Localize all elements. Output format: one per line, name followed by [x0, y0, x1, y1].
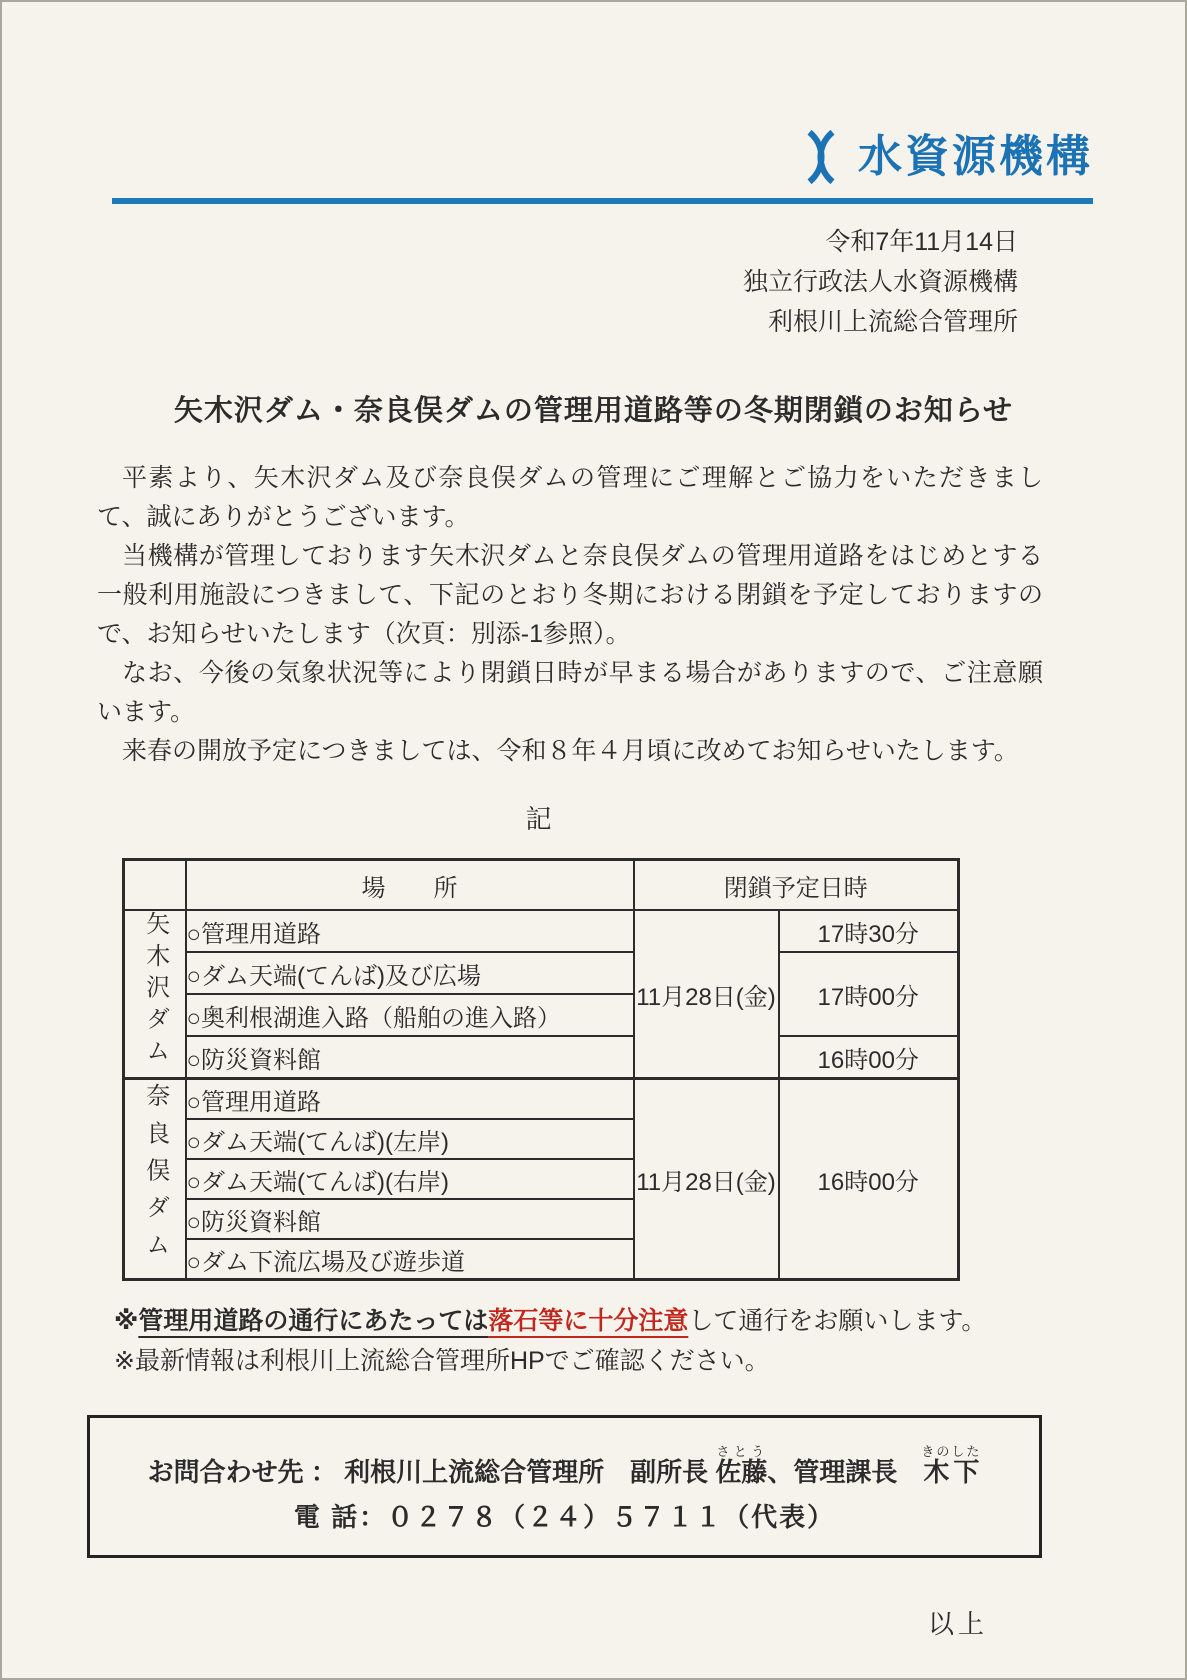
contact-box: お問合わせ先 ： 利根川上流総合管理所 副所長 佐藤さとう、管理課長 木下きのし…	[87, 1415, 1042, 1558]
issuing-office: 利根川上流総合管理所	[2, 302, 1018, 342]
place-cell: ○ダム天端(てんば)(左岸)	[186, 1119, 634, 1159]
closing-mark: 以上	[2, 1604, 988, 1641]
closure-time-naramata: 16時00分	[779, 1079, 959, 1280]
place-cell: ○ダム天端(てんば)(右岸)	[186, 1159, 634, 1199]
note-rockfall-warning: ※管理用道路の通行にあたっては落石等に十分注意して通行をお願いします。	[114, 1301, 1095, 1341]
contact-line: お問合わせ先 ： 利根川上流総合管理所 副所長 佐藤さとう、管理課長 木下きのし…	[100, 1444, 1029, 1490]
closure-time-crest-lake: 17時00分	[779, 952, 959, 1036]
place-cell: ○ダム天端(てんば)及び広場	[186, 952, 634, 994]
record-mark: 記	[122, 799, 957, 836]
place-cell: ○防災資料館	[186, 1199, 634, 1239]
header-divider-line	[112, 198, 1093, 204]
water-agency-logo-icon	[798, 128, 844, 186]
agency-name: 水資源機構	[858, 135, 1093, 179]
place-cell: ○管理用道路	[186, 1079, 634, 1120]
dam-name-naramata: 奈良俣ダム	[124, 1079, 186, 1280]
footnotes: ※管理用道路の通行にあたっては落石等に十分注意して通行をお願いします。 ※最新情…	[114, 1301, 1095, 1381]
dam-name-yagisawa: 矢木沢ダム	[124, 910, 186, 1079]
contact-phone: 電 話：０２７８（２４）５７１１（代表）	[100, 1500, 1029, 1535]
section-chief-name: 木下きのした	[923, 1457, 981, 1487]
table-row: 矢木沢ダム ○管理用道路 11月28日(金) 17時30分	[124, 910, 959, 952]
paragraph-weather-caution: なお、今後の気象状況等により閉鎖日時が早まる場合がありますので、ご注意願います。	[97, 654, 1043, 732]
place-cell: ○管理用道路	[186, 910, 634, 952]
paragraph-closure-plan: 当機構が管理しております矢木沢ダムと奈良俣ダムの管理用道路をはじめとする一般利用…	[97, 537, 1043, 654]
table-row: 奈良俣ダム ○管理用道路 11月28日(金) 16時00分	[124, 1079, 959, 1120]
closure-time-road: 17時30分	[779, 910, 959, 952]
header-dam-blank	[124, 860, 186, 911]
agency-logo: 水資源機構	[2, 128, 1093, 186]
table-row: ○ダム天端(てんば)及び広場 17時00分	[124, 952, 959, 994]
issue-date: 令和7年11月14日	[2, 222, 1018, 262]
table-row: ○防災資料館 16時00分	[124, 1036, 959, 1079]
paragraph-reopen-notice: 来春の開放予定につきましては、令和８年４月頃に改めてお知らせいたします。	[97, 732, 1043, 771]
issuing-organization: 独立行政法人水資源機構	[2, 262, 1018, 302]
header-closure-datetime: 閉鎖予定日時	[634, 860, 959, 911]
header-place: 場 所	[186, 860, 634, 911]
document-title: 矢木沢ダム・奈良俣ダムの管理用道路等の冬期閉鎖のお知らせ	[2, 388, 1185, 429]
closure-time-museum: 16時00分	[779, 1036, 959, 1079]
table-header-row: 場 所 閉鎖予定日時	[124, 860, 959, 911]
sender-block: 令和7年11月14日 独立行政法人水資源機構 利根川上流総合管理所	[2, 222, 1018, 342]
deputy-director-name: 佐藤さとう	[715, 1457, 767, 1487]
closure-date-yagisawa: 11月28日(金)	[634, 910, 779, 1079]
note-latest-info: ※最新情報は利根川上流総合管理所HPでご確認ください。	[114, 1341, 1095, 1381]
note-underlined-text: 管理用道路の通行にあたっては	[138, 1307, 488, 1335]
scanned-notice-page: 水資源機構 令和7年11月14日 独立行政法人水資源機構 利根川上流総合管理所 …	[0, 0, 1187, 1680]
place-cell: ○ダム下流広場及び遊歩道	[186, 1239, 634, 1280]
place-cell: ○防災資料館	[186, 1036, 634, 1079]
note-red-warning-text: 落石等に十分注意	[488, 1307, 688, 1335]
closure-schedule-table: 場 所 閉鎖予定日時 矢木沢ダム ○管理用道路 11月28日(金) 17時30分…	[122, 858, 960, 1281]
closure-date-naramata: 11月28日(金)	[634, 1079, 779, 1280]
paragraph-greeting: 平素より、矢木沢ダム及び奈良俣ダムの管理にご理解とご協力をいただきまして、誠にあ…	[97, 459, 1043, 537]
body-text: 平素より、矢木沢ダム及び奈良俣ダムの管理にご理解とご協力をいただきまして、誠にあ…	[97, 459, 1043, 771]
place-cell: ○奥利根湖進入路（船舶の進入路）	[186, 994, 634, 1036]
